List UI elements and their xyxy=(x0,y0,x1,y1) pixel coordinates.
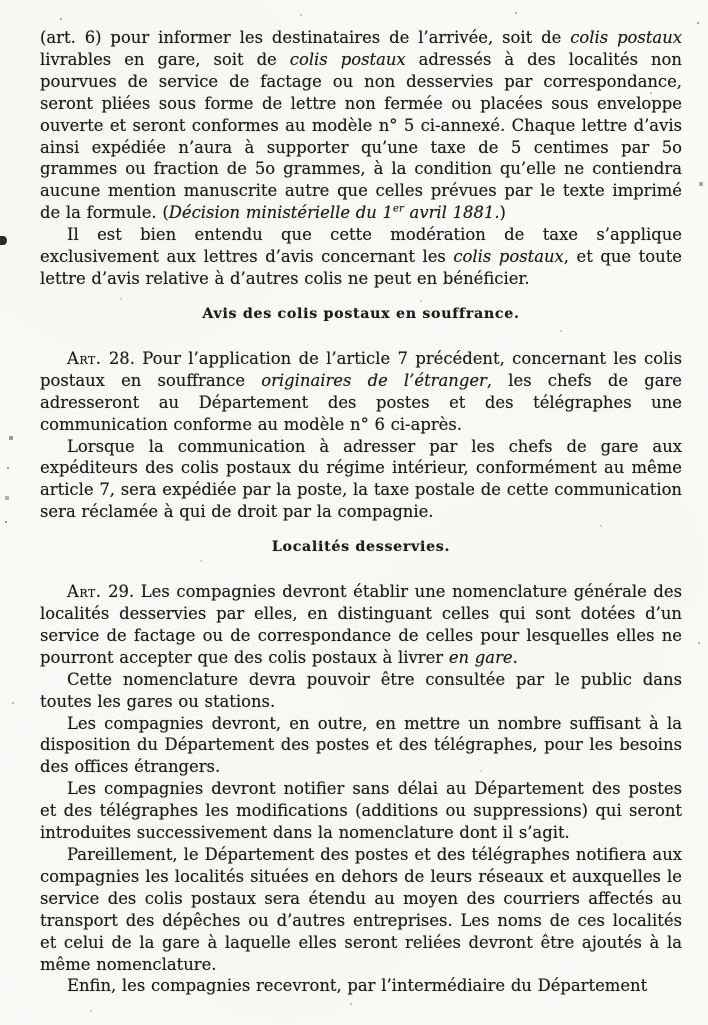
text-run: Pareillement, le Département des postes … xyxy=(40,845,682,974)
paragraph-notification-modifications: Les compagnies devront notifier sans dél… xyxy=(40,778,682,844)
text-run: Cette nomenclature devra pouvoir être co… xyxy=(40,670,682,711)
scan-noise-specks xyxy=(0,0,2,2)
italic-term-colis-postaux: colis postaux xyxy=(290,50,406,69)
paragraph-communication-regime-interieur: Lorsque la communication à adresser par … xyxy=(40,436,682,524)
paragraph-nombre-suffisant: Les compagnies devront, en outre, en met… xyxy=(40,713,682,779)
scanned-document-page: (art. 6) pour informer les destinataires… xyxy=(0,0,708,1025)
paragraph-art6-continuation: (art. 6) pour informer les destinataires… xyxy=(40,27,682,224)
section-heading-localites-desservies: Localités desservies. xyxy=(40,538,682,556)
text-run: livrables en gare, soit de xyxy=(40,50,290,69)
scan-ink-blob xyxy=(0,236,7,245)
text-run: Lorsque la communication à adresser par … xyxy=(40,437,682,522)
text-run: ) xyxy=(500,203,506,222)
text-run: 29. Les compagnies devront établir une n… xyxy=(40,582,682,667)
superscript-ordinal: er xyxy=(393,204,404,215)
smallcaps-article-label: Art. xyxy=(67,582,101,601)
text-run: Les compagnies devront, en outre, en met… xyxy=(40,714,682,777)
section-heading-avis-souffrance: Avis des colis postaux en souffrance. xyxy=(40,305,682,323)
smallcaps-article-label: Art. xyxy=(67,349,101,368)
italic-term-colis-postaux: colis postaux xyxy=(570,28,682,47)
text-run: (art. 6) pour informer les destinataires… xyxy=(40,28,570,47)
italic-citation-decision-ministerielle: Décision ministérielle du 1 xyxy=(169,203,393,222)
text-run: adressés à des localités non pourvues de… xyxy=(40,50,682,222)
paragraph-article-29: Art. 29. Les compagnies devront établir … xyxy=(40,581,682,669)
italic-term-originaires-etranger: originaires de l’étranger xyxy=(261,371,487,390)
italic-citation-date: avril 1881. xyxy=(404,203,500,222)
paragraph-nomenclature-consultable: Cette nomenclature devra pouvoir être co… xyxy=(40,669,682,713)
text-run: Les compagnies devront notifier sans dél… xyxy=(40,779,682,842)
paragraph-enfin-compagnies: Enfin, les compagnies recevront, par l’i… xyxy=(40,975,682,997)
paragraph-moderation-taxe: Il est bien entendu que cette modération… xyxy=(40,224,682,290)
text-run: . xyxy=(513,648,518,667)
italic-term-en-gare: en gare xyxy=(449,648,513,667)
paragraph-article-28: Art. 28. Pour l’application de l’article… xyxy=(40,348,682,436)
text-run: Enfin, les compagnies recevront, par l’i… xyxy=(67,976,647,995)
italic-term-colis-postaux: colis postaux xyxy=(453,247,563,266)
paragraph-pareillement-notification: Pareillement, le Département des postes … xyxy=(40,844,682,975)
